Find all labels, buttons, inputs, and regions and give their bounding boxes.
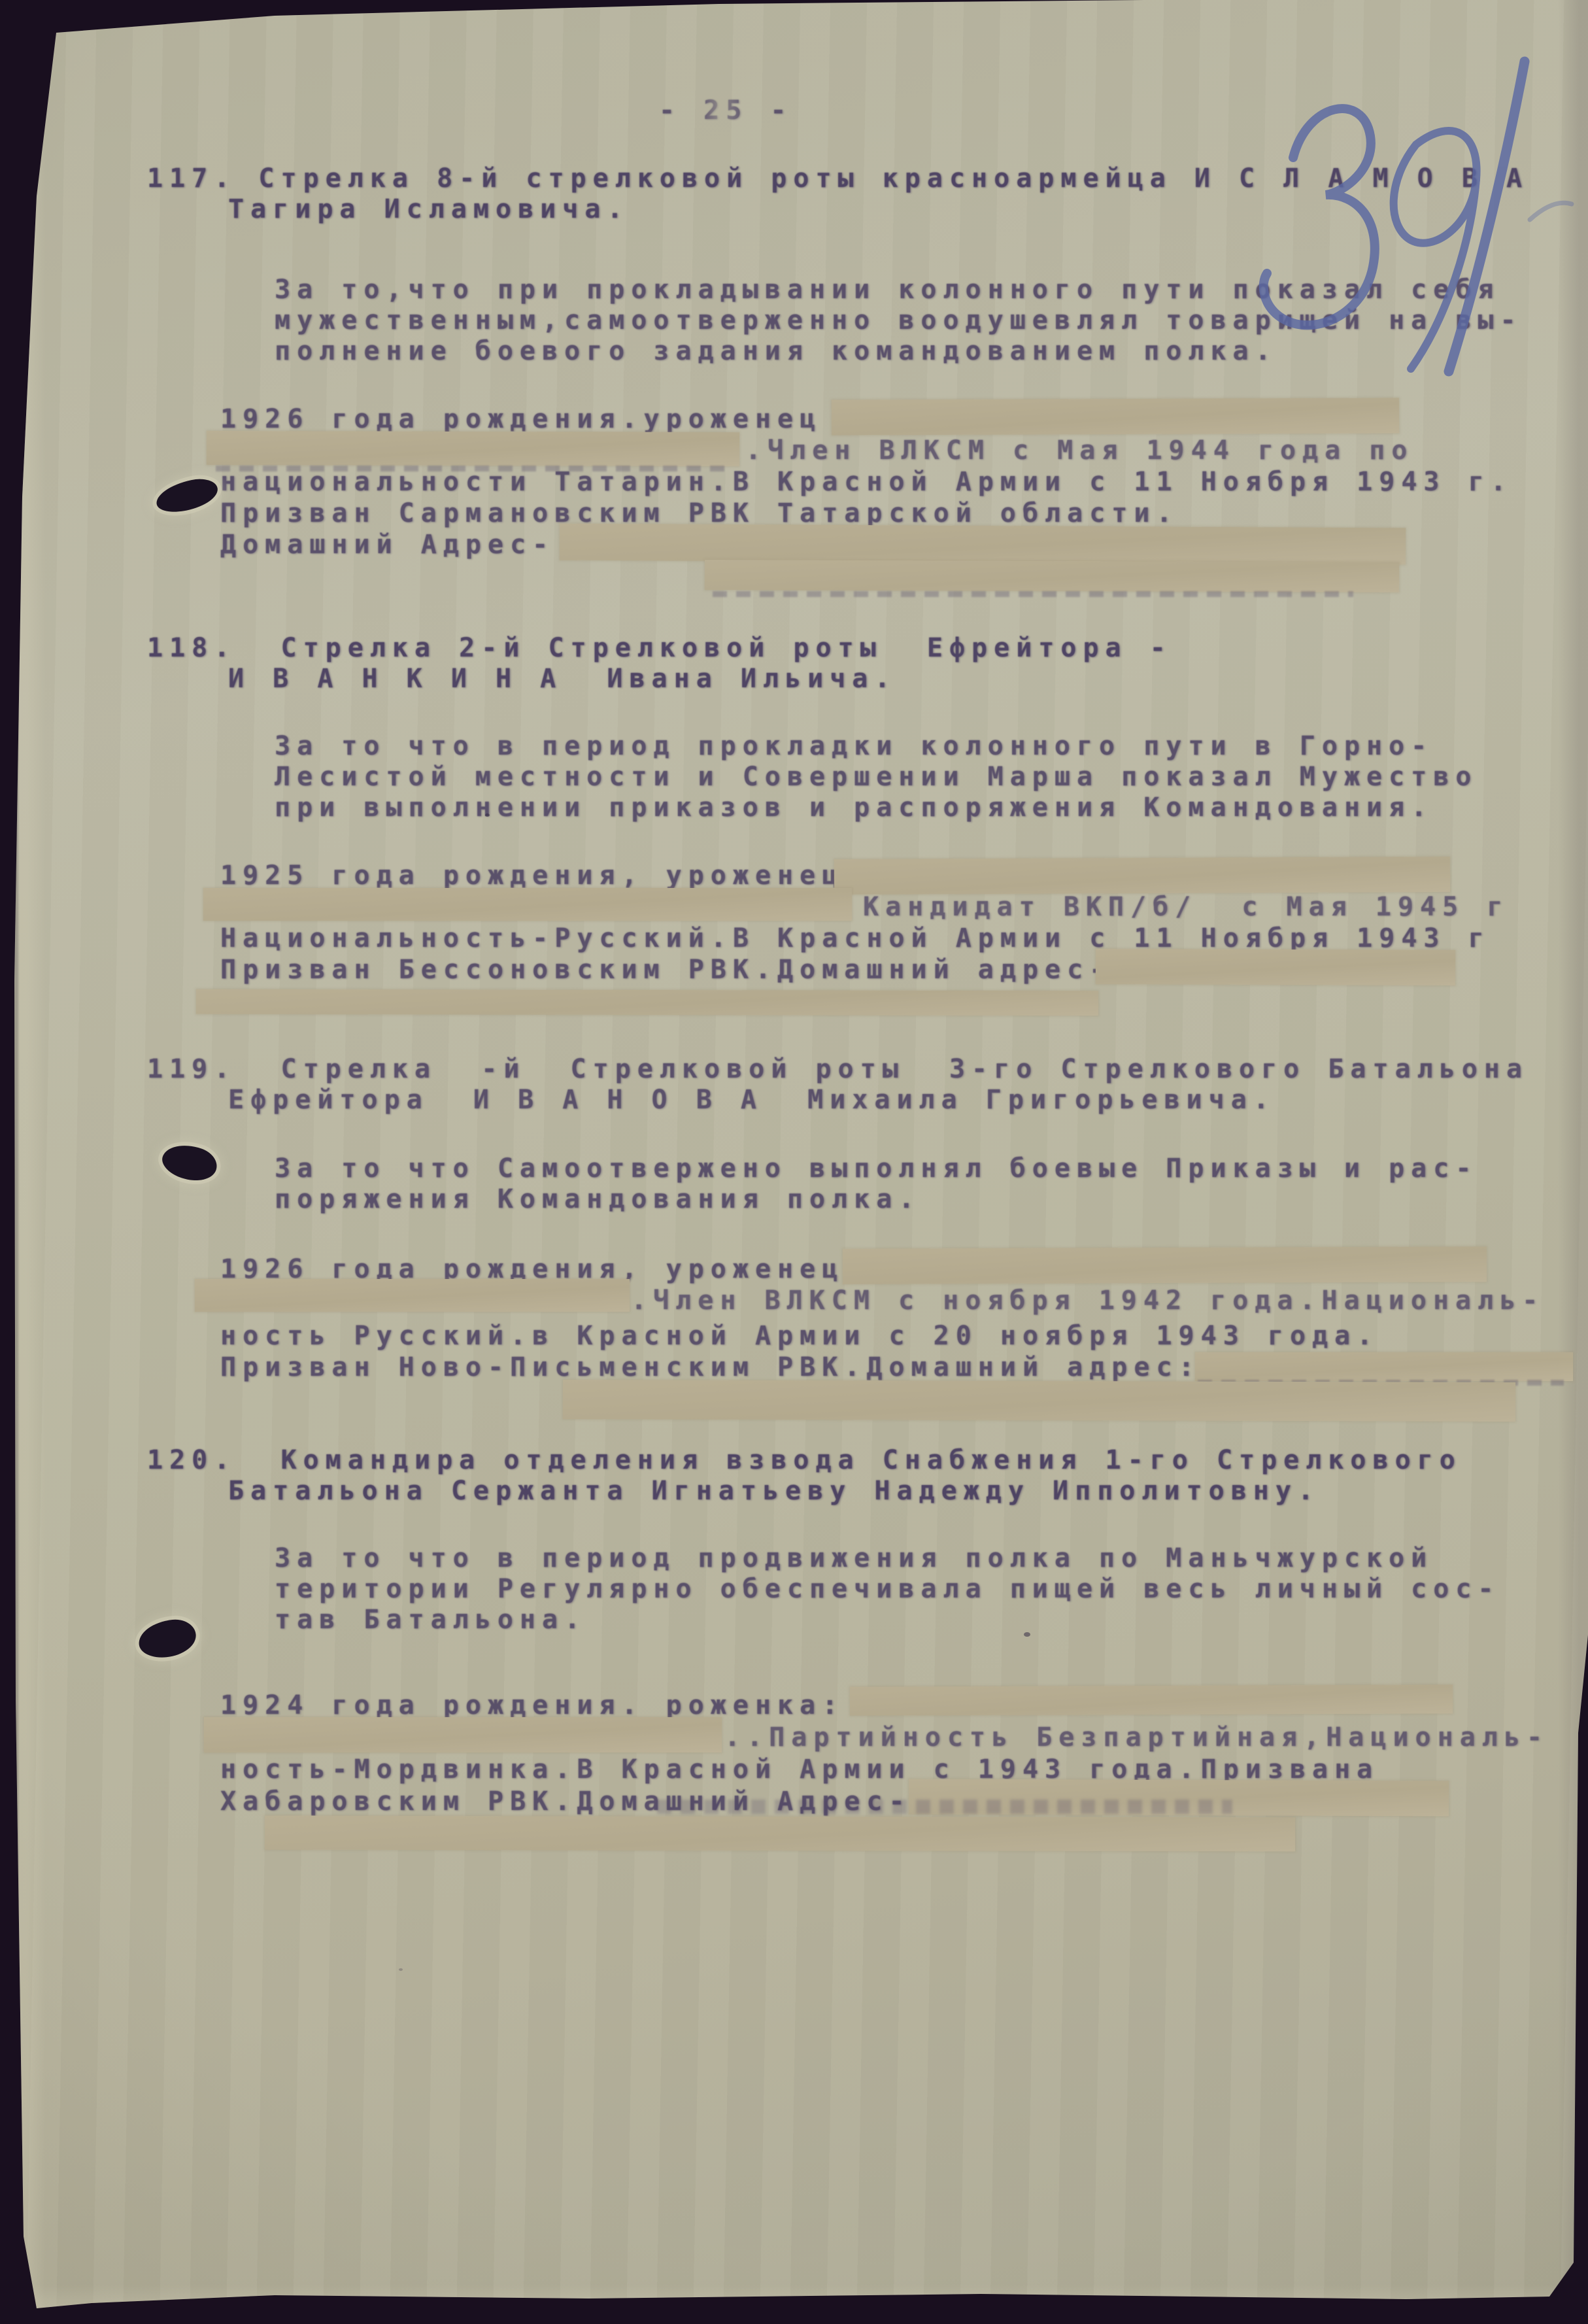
entry-120-detail-line2: ..Партийность Безпартийная,Националь- bbox=[724, 1722, 1549, 1753]
paper-tear bbox=[137, 1618, 197, 1660]
entry-117-heading-line2: Тагира Исламовича. bbox=[228, 194, 629, 225]
entry-119-detail-line3: ность Русский.в Красной Армии с 20 ноябр… bbox=[220, 1321, 1379, 1352]
ink-speck bbox=[399, 1968, 403, 1971]
entry-118-detail-line1: 1925 года рождения, уроженец bbox=[220, 861, 844, 891]
entry-120-heading-line1: 120. Командира отделения взвода Снабжени… bbox=[147, 1445, 1462, 1476]
entry-118-heading-line1: 118. Стрелка 2-й Стрелковой роты Ефрейто… bbox=[147, 633, 1172, 664]
redaction-box bbox=[265, 1816, 1295, 1852]
entry-119-heading-line1: 119. Стрелка -й Стрелковой роты 3-го Стр… bbox=[147, 1054, 1529, 1085]
redaction-box bbox=[563, 1380, 1515, 1422]
redaction-box bbox=[560, 524, 1406, 565]
entry-117-detail-line3: национальности Татарин.В Красной Армии с… bbox=[220, 467, 1513, 498]
entry-119-detail-line4: Призван Ново-Письменским РВК.Домашний ад… bbox=[220, 1352, 1201, 1383]
handwritten-number-391 bbox=[1216, 24, 1582, 390]
paper-sheet: - 25 - 117. Стрелка 8-й стрелковой роты … bbox=[0, 0, 1588, 2324]
entry-118-citation-line2: Лесистой местности и Совершении Марша по… bbox=[275, 762, 1478, 793]
redaction-box bbox=[207, 431, 739, 466]
redaction-box bbox=[1195, 1352, 1573, 1381]
redaction-box bbox=[203, 888, 852, 921]
redacted-text-remnant bbox=[657, 1800, 1232, 1814]
redaction-box bbox=[204, 1717, 722, 1752]
entry-118-detail-line2: Кандидат ВКП/б/ с Мая 1945 г bbox=[863, 892, 1509, 923]
redaction-box bbox=[850, 1684, 1453, 1715]
entry-120-citation-line2: територии Регулярно обеспечивала пищей в… bbox=[275, 1574, 1500, 1605]
redaction-box bbox=[843, 1246, 1487, 1284]
redaction-box bbox=[195, 1279, 630, 1312]
entry-118-citation-line1: За то что в период прокладки колонного п… bbox=[275, 731, 1433, 762]
scanned-document: - 25 - 117. Стрелка 8-й стрелковой роты … bbox=[0, 0, 1588, 2324]
entry-119-heading-line2: Ефрейтора И В А Н О В А Михаила Григорье… bbox=[228, 1085, 1275, 1116]
entry-120-detail-line1: 1924 года рождения. роженка: bbox=[220, 1690, 844, 1721]
paper-tear bbox=[153, 475, 220, 517]
entry-117-detail-line2: .Член ВЛКСМ с Мая 1944 года по bbox=[745, 436, 1413, 466]
ink-speck bbox=[1024, 1632, 1030, 1637]
redaction-box bbox=[832, 398, 1399, 435]
entry-118-citation-line3: при выполнении приказов и распоряжения К… bbox=[275, 793, 1433, 823]
entry-117-detail-line5: Домашний Адрес- bbox=[220, 530, 554, 560]
entry-118-detail-line4: Призван Бессоновским РВК.Домашний адрес- bbox=[220, 955, 1111, 985]
entry-120-heading-line2: Батальона Сержанта Игнатьеву Надежду Ипп… bbox=[228, 1476, 1320, 1507]
entry-120-citation-line1: За то что в период продвижения полка по … bbox=[275, 1543, 1433, 1574]
page-number: - 25 - bbox=[659, 95, 793, 126]
redacted-text-remnant bbox=[713, 591, 1353, 597]
redaction-box bbox=[196, 989, 1098, 1016]
redaction-box bbox=[1096, 949, 1455, 985]
entry-120-citation-line3: тав Батальона. bbox=[275, 1605, 586, 1635]
ink-speck bbox=[485, 813, 490, 817]
redaction-box bbox=[705, 560, 1399, 592]
entry-119-citation-line1: За то что Самоотвержено выполнял боевые … bbox=[275, 1153, 1478, 1184]
entry-117-citation-line3: полнение боевого задания командованием п… bbox=[275, 336, 1277, 367]
entry-117-detail-line1: 1926 года рождения.уроженец bbox=[220, 404, 822, 435]
paper-tear bbox=[158, 1138, 221, 1187]
redaction-box bbox=[834, 857, 1450, 895]
entry-119-citation-line2: поряжения Командования полка. bbox=[275, 1184, 921, 1215]
redacted-text-remnant bbox=[216, 466, 726, 471]
entry-119-detail-line2: .Член ВЛКСМ с ноября 1942 года.Националь… bbox=[631, 1286, 1544, 1316]
entry-118-heading-line2: И В А Н К И Н А Ивана Ильича. bbox=[228, 664, 896, 694]
